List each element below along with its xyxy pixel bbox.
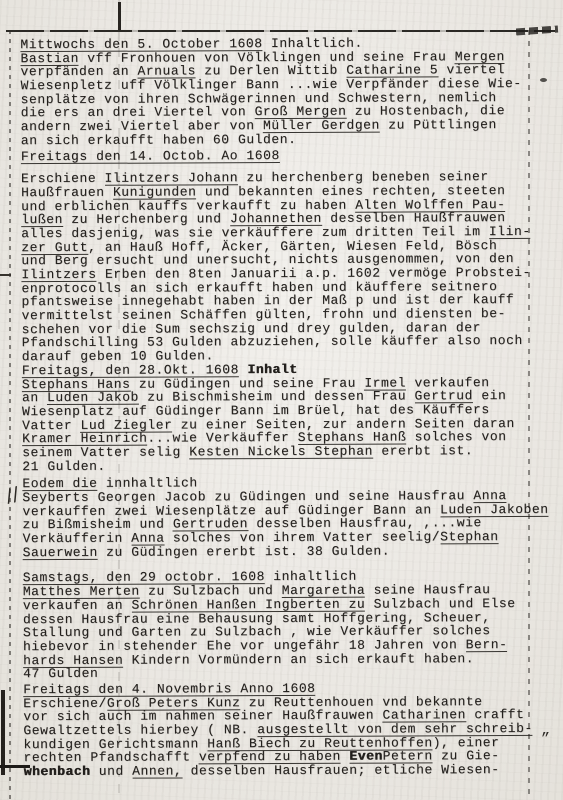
left-margin-dash xyxy=(0,274,11,276)
document-text: Mittwochs den 5. October 1608 Inhaltlich… xyxy=(20,36,551,779)
text-segment: whenbach xyxy=(24,764,91,779)
crease-top-tick xyxy=(118,2,121,30)
entry-section-4: Eodem die innhaltlichSeyberts Georgen Ja… xyxy=(22,475,550,559)
top-rule-smudge xyxy=(516,26,558,36)
text-line: seinem Vatter selig Kesten Nickels Steph… xyxy=(22,444,550,460)
entry-section-1: Mittwochs den 5. October 1608 Inhaltlich… xyxy=(20,36,548,148)
text-line: Sauerwein zu Güdingen ererbt ist. 38 Gul… xyxy=(23,544,551,560)
text-segment: zu Güdingen ererbt ist. 38 Gulden. xyxy=(98,543,390,559)
scanned-document-page: // ” Mittwochs den 5. October 1608 Inhal… xyxy=(0,0,563,800)
text-segment: desselben Hausfrauen; etliche Wiesen- xyxy=(182,762,499,778)
text-line: hards Hansen Kindern Vormündern an sich … xyxy=(23,651,551,667)
handwritten-mark: // xyxy=(4,483,21,507)
text-segment: zu Püttlingen xyxy=(380,117,497,133)
text-segment: ererbt ist. xyxy=(373,443,473,458)
text-segment: 47 Gulden xyxy=(23,666,98,681)
entry-section-5: Samstags, den 29 octobr. 1608 inhaltlich… xyxy=(23,569,551,681)
text-line: 21 Gulden. xyxy=(22,457,550,473)
underlined-text: Freitags den 14. Octob. Ao 1608 xyxy=(21,150,280,164)
top-horizontal-rule xyxy=(6,30,555,32)
underlined-text: Sauerwein xyxy=(23,547,98,560)
text-segment: 21 Gulden. xyxy=(22,458,106,473)
section-date-header: Freitags den 14. Octob. Ao 1608 xyxy=(21,147,549,163)
entry-section-6: Freitags den 4. Novembris Anno 1608Ersch… xyxy=(23,681,551,779)
text-segment: Kindern Vormündern an sich erkauft haben… xyxy=(123,651,474,668)
underlined-text: Kesten Nickels Stephan xyxy=(189,446,373,460)
text-segment: und xyxy=(90,764,132,779)
text-segment: an sich erkaufft haben 60 Gulden. xyxy=(21,132,297,148)
text-line: an sich erkaufft haben 60 Gulden. xyxy=(21,132,549,148)
entry-section-3: Freitags, den 28.Okt. 1608 InhaltStephan… xyxy=(22,362,550,474)
left-margin-line xyxy=(9,30,11,800)
text-line: Pfandschilling 53 Gulden abzuziehen, sol… xyxy=(22,334,550,350)
underlined-text: Stephan xyxy=(440,531,499,544)
text-line: whenbach und Annen, desselben Hausfrauen… xyxy=(24,763,552,779)
left-edge-scan-bar xyxy=(1,690,5,775)
entry-section-2: Freitags den 14. Octob. Ao 1608Erschiene… xyxy=(21,147,550,364)
text-line: 47 Gulden xyxy=(23,665,551,681)
underlined-text: Annen, xyxy=(132,766,182,779)
